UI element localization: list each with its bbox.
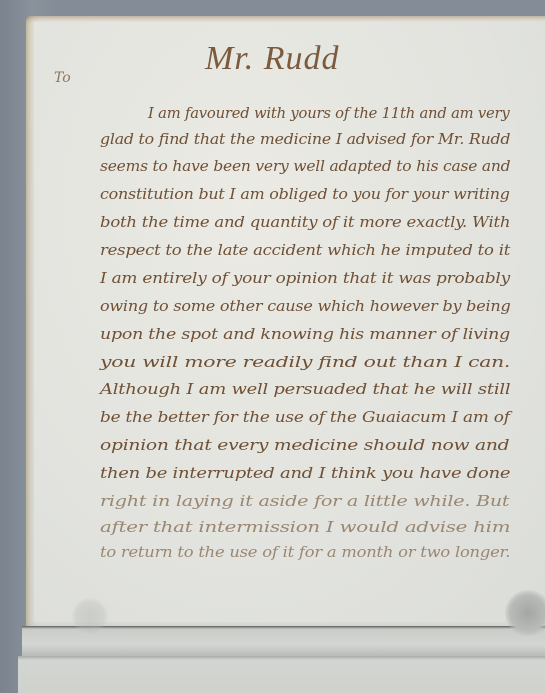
body-line: both the time and quantity of it more ex…: [100, 215, 510, 231]
body-line: opinion that every medicine should now a…: [100, 438, 509, 454]
body-line: seems to have been very well adapted to …: [100, 159, 510, 175]
body-line: Although I am well persuaded that he wil…: [100, 382, 510, 398]
paper-stain: [72, 598, 108, 634]
body-line: then be interrupted and I think you have…: [100, 466, 510, 482]
body-line: be the better for the use of the Guaiacu…: [100, 410, 510, 426]
body-line: upon the spot and knowing his manner of …: [100, 327, 510, 343]
body-line: respect to the late accident which he im…: [100, 243, 510, 259]
body-line: constitution but I am obliged to you for…: [100, 187, 510, 203]
body-line: to return to the use of it for a month o…: [100, 545, 510, 561]
body-line: glad to find that the medicine I advised…: [100, 132, 510, 148]
address-prefix: To: [54, 70, 71, 86]
body-line: right in laying it aside for a little wh…: [100, 494, 509, 510]
body-line: I am favoured with yours of the 11th and…: [148, 106, 510, 122]
recipient-heading: Mr. Rudd: [205, 40, 340, 78]
body-line: I am entirely of your opinion that it wa…: [100, 271, 510, 287]
lower-page-edge: [18, 656, 545, 693]
body-line: after that intermission I would advise h…: [100, 520, 510, 536]
body-line: owing to some other cause which however …: [100, 299, 511, 315]
body-line: you will more readily find out than I ca…: [100, 355, 510, 371]
paper-stain: [505, 590, 545, 636]
